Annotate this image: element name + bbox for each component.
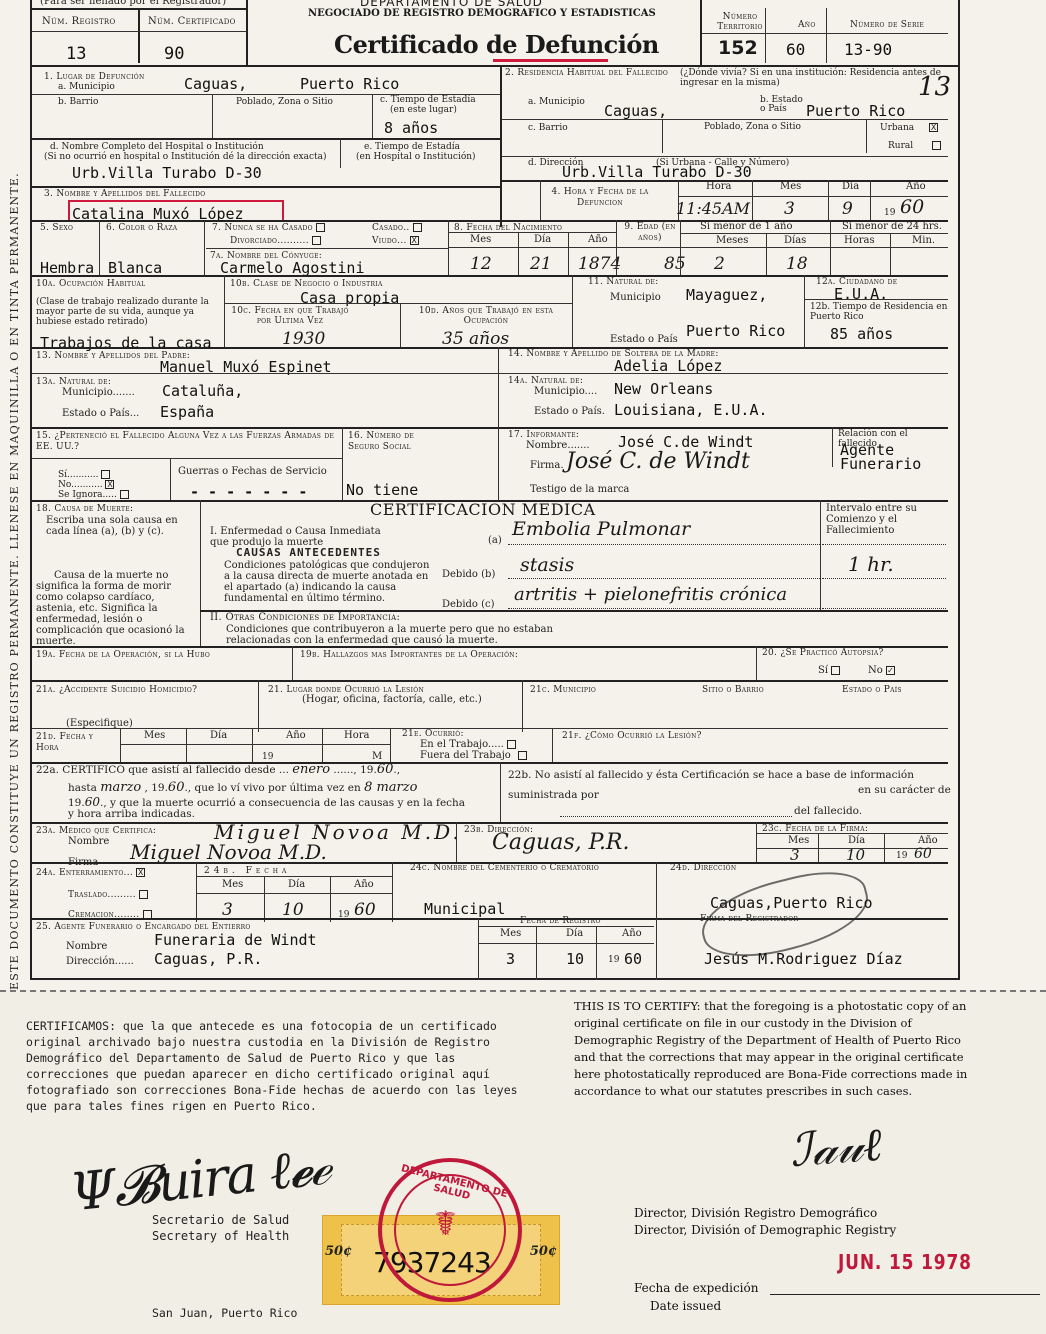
spanish-certification-text: CERTIFICAMOS: que la que antecede es una… xyxy=(26,1018,522,1114)
s24-traslado-row: Traslado......... xyxy=(68,890,148,900)
s22a-line1: 22a. CERTIFICO que asistí al fallecido d… xyxy=(36,765,400,775)
s23-firma-signature: Miguel Novoa M.D. xyxy=(130,840,327,864)
s18-label: 18. Causa de Muerte: xyxy=(36,504,133,514)
s25-direccion-value: Caguas, P.R. xyxy=(154,950,262,968)
s22a-label: 22a. CERTIFICO que asistí al fallecido d… xyxy=(36,764,276,776)
s7-nunca-checkbox[interactable] xyxy=(316,223,325,232)
s25-registro-label: Fecha de Registro xyxy=(520,916,601,926)
s4-hora-label: Hora xyxy=(706,182,731,192)
s24b-dia-label: Día xyxy=(288,880,305,890)
s12-residencia-label: 12b. Tiempo de Residencia en Puerto Rico xyxy=(810,302,948,322)
s19a-label: 19a. Fecha de la Operación, si la Hubo xyxy=(36,650,210,660)
s17-firma-label: Firma. xyxy=(530,461,564,471)
s6-label: 6. Color o Raza xyxy=(106,223,177,233)
s20-si-checkbox[interactable] xyxy=(831,666,840,675)
s20-si-row: Sí xyxy=(818,666,840,676)
s15-label: 15. ¿Perteneció el Fallecido Alguna Vez … xyxy=(36,431,336,453)
s15-no-checkbox[interactable]: X xyxy=(105,480,114,489)
s18-antecedentes-title: CAUSAS ANTECEDENTES xyxy=(236,548,381,558)
s15-ignora-checkbox[interactable] xyxy=(120,490,129,499)
registrar-note: (Para ser llenado por el Registrador) xyxy=(40,0,226,7)
s24b-mes-value: 3 xyxy=(222,900,233,920)
s8-dia-value: 21 xyxy=(530,254,552,274)
s1-estadia-sub: (en Hospital o Institución) xyxy=(356,152,476,162)
s21e-fuera-checkbox[interactable] xyxy=(518,751,527,760)
s2-label: 2. Residencia Habitual del Fallecido xyxy=(505,68,668,78)
director-title-es: Director, División Registro Demográfico xyxy=(634,1205,877,1222)
s4-ano-prefix: 19 xyxy=(884,208,895,218)
s4-dia-value: 9 xyxy=(842,199,853,219)
s15-ignora-row: Se Ignora..... xyxy=(58,490,129,500)
s4-label: 4. Hora y Fecha de la Defuncion xyxy=(550,187,650,209)
medical-certification-title: CERTIFICACION MEDICA xyxy=(370,500,596,519)
s1-hospital-label: d. Nombre Completo del Hospital o Instit… xyxy=(50,142,264,152)
s23-nombre-label: Nombre xyxy=(68,837,109,847)
s22a-hasta-ano: 60 xyxy=(168,780,185,795)
secretary-title-es: Secretario de Salud xyxy=(152,1212,289,1228)
s25-mes-label: Mes xyxy=(500,929,521,939)
s7-viudo-checkbox[interactable]: X xyxy=(410,236,419,245)
s22a-hasta-label: hasta xyxy=(68,782,97,794)
s1-poblado-label: Poblado, Zona o Sitio xyxy=(236,97,333,107)
s17-label: 17. Informante: xyxy=(508,430,579,440)
s17-relacion-value: Agente Funerario xyxy=(840,443,950,471)
s2-barrio-label: c. Barrio xyxy=(528,123,568,133)
numero-territorio-value: 152 xyxy=(718,37,758,59)
s21d-ano-label: Año xyxy=(286,731,306,741)
num-certificado-label: Núm. Certificado xyxy=(148,17,236,27)
s18-other-text: Condiciones que contribuyeron a la muert… xyxy=(226,624,566,646)
s23c-ano-value: 60 xyxy=(914,846,932,862)
s18-note: Causa de la muerte no significa la forma… xyxy=(36,570,196,647)
caduceus-icon: ☤ xyxy=(434,1204,457,1244)
s24b-label: 24b. Fecha xyxy=(204,866,290,876)
s22a-hasta: marzo xyxy=(100,780,141,795)
s4-mes-label: Mes xyxy=(780,182,801,192)
ano-value: 60 xyxy=(786,40,805,59)
s21e-fuera-row: Fuera del Trabajo xyxy=(420,751,527,761)
s25-registrador-value: Jesús M.Rodriguez Díaz xyxy=(704,950,903,968)
s14-municipio-label: Municipio.... xyxy=(534,387,597,397)
s25-ano-prefix: 19 xyxy=(608,955,619,965)
s10-anos-value: 35 años xyxy=(442,329,509,349)
s24b-dia-value: 10 xyxy=(282,900,304,920)
s1-tiempo-label: c. Tiempo de Estadía xyxy=(380,95,476,105)
stamp-value-right: 50¢ xyxy=(530,1244,557,1259)
s25-ano-value: 60 xyxy=(624,950,642,968)
s21e-label: 21e. Ocurrió: xyxy=(402,729,464,739)
s21-lugar-sub: (Hogar, oficina, factoría, calle, etc.) xyxy=(302,695,482,705)
s22b-text3: del fallecido. xyxy=(794,806,862,816)
s10-anos-label: 10d. Años que Trabajó en esta Ocupación xyxy=(406,306,566,326)
s7-nunca-text: 7. Nunca se ha Casado xyxy=(212,223,313,233)
s16-value: No tiene xyxy=(346,481,418,499)
s23b-value: Caguas, P.R. xyxy=(492,830,630,855)
s25-direccion-label: Dirección...... xyxy=(66,957,134,967)
s2-estado-label: b. Estado o País xyxy=(760,96,810,114)
s2-rural-text: Rural xyxy=(888,141,913,151)
s2-margin-note: 13 xyxy=(918,72,951,102)
s8-dia-label: Día xyxy=(534,235,551,245)
num-registro-label: Núm. Registro xyxy=(42,17,116,27)
ano-label: Año xyxy=(798,20,816,30)
s16-label: 16. Número de Seguro Social xyxy=(348,431,448,453)
s22a-line2: hasta marzo , 19.60., que lo ví vivo por… xyxy=(68,783,417,793)
s24b-mes-label: Mes xyxy=(222,880,243,890)
secretary-title-en: Secretary of Health xyxy=(152,1228,289,1244)
s18-immediate-label: I. Enfermedad o Causa Inmediata que prod… xyxy=(210,526,390,548)
stamp-value-left: 50¢ xyxy=(325,1244,352,1259)
s22a-desde: enero xyxy=(292,762,330,777)
s2-municipio-value: Caguas, xyxy=(604,102,667,120)
num-registro-value: 13 xyxy=(66,44,86,64)
s10-ocupacion-sub: (Clase de trabajo realizado durante la m… xyxy=(36,297,222,327)
s7-divorciado-label: Divorciado.......... xyxy=(230,236,321,246)
s21d-label: 21d. Fecha y Hora xyxy=(36,732,96,754)
s9-dias-label: Días xyxy=(784,236,806,246)
s2-poblado-label: Poblado, Zona o Sitio xyxy=(704,122,801,132)
s20-label: 20. ¿Se Practicó Autopsia? xyxy=(762,648,884,658)
s22a-ultima-label: que lo ví vivo por última vez en xyxy=(195,782,361,794)
s7-viudo-text: Viudo... xyxy=(372,236,407,246)
s23c-mes-label: Mes xyxy=(788,836,809,846)
s5-label: 5. Sexo xyxy=(40,223,73,233)
location-text: San Juan, Puerto Rico xyxy=(152,1305,297,1321)
s22a-ultima-ano: 60 xyxy=(85,795,100,809)
s22a-line3: 19.60., y que la muerte ocurrió a consec… xyxy=(68,797,468,820)
s21d-ano-prefix: 19 xyxy=(262,752,273,762)
s2-urbana-text: Urbana xyxy=(880,123,914,133)
fecha-expedicion-label: Fecha de expedición xyxy=(634,1280,758,1297)
s21e-fuera-text: Fuera del Trabajo xyxy=(420,750,511,761)
issue-date-stamp: JUN. 15 1978 xyxy=(838,1250,972,1274)
s1-pais-value: Puerto Rico xyxy=(300,75,399,93)
side-instruction-text: ESTE DOCUMENTO CONSTITUYE UN REGISTRO PE… xyxy=(8,30,21,990)
s24c-label: 24c. Nombre del Cementerio o Crematorio xyxy=(410,863,599,873)
s15-guerras-label: Guerras o Fechas de Servicio xyxy=(178,467,327,477)
s20-no-checkbox[interactable]: ✓ xyxy=(886,666,895,675)
director-signature: ℐ𝒶𝓊ℓ xyxy=(788,1117,884,1179)
numero-serie-label: Número de Serie xyxy=(850,20,924,30)
s19b-label: 19b. Hallazgos mas Importantes de la Ope… xyxy=(300,650,518,660)
s21d-dia-label: Día xyxy=(210,731,227,741)
s14-natural-label: 14a. Natural de: xyxy=(508,376,583,386)
s21-estado-label: Estado o País xyxy=(842,685,902,695)
s9-horas-label: Horas xyxy=(844,236,875,246)
s9-min-label: Min. xyxy=(912,236,935,246)
s2-municipio-label: a. Municipio xyxy=(528,97,585,107)
s22a-final-text: y que la muerte ocurrió a consecuencia d… xyxy=(68,797,465,820)
s7-divorciado-text: Divorciado.......... xyxy=(230,236,309,246)
s2-direccion-value: Urb.Villa Turabo D-30 xyxy=(562,163,752,181)
s10-ocupacion-label: 10a. Ocupación Habitual xyxy=(36,279,145,289)
numero-territorio-label: Número Territorio xyxy=(710,12,770,32)
s21f-label: 21f. ¿Cómo Ocurrió la Lesión? xyxy=(562,731,702,741)
s1-hospital-value: Urb.Villa Turabo D-30 xyxy=(72,164,262,182)
s9-label: 9. Edad (en años) xyxy=(622,222,678,244)
s7-nunca-label: 7. Nunca se ha Casado xyxy=(212,223,325,233)
certificate-title: Certificado de Defunción xyxy=(334,30,659,59)
s25-nombre-label: Nombre xyxy=(66,942,107,952)
s18-cause-a-label: (a) xyxy=(488,536,502,546)
s4-ano-label: Año xyxy=(906,182,926,192)
s7-casado-label: Casado.. xyxy=(372,223,422,233)
s24d-label: 24d. Dirección xyxy=(670,863,736,873)
s15-si-checkbox[interactable] xyxy=(101,470,110,479)
s8-ano-value: 1874 xyxy=(578,254,621,274)
s21a-label: 21a. ¿Accidente Suicidio Homicidio? xyxy=(36,685,197,695)
s17-testigo-label: Testigo de la marca xyxy=(530,485,629,495)
s11-estado-value: Puerto Rico xyxy=(686,322,785,340)
s18-cause-b-value: stasis xyxy=(520,554,574,576)
s14-estado-value: Louisiana, E.U.A. xyxy=(614,401,768,419)
s21-sitio-label: Sitio o Barrio xyxy=(702,685,764,695)
num-certificado-value: 90 xyxy=(164,44,184,64)
s22b-text2: en su carácter de xyxy=(858,785,951,795)
s18-instructions: Escriba una sola causa en cada línea (a)… xyxy=(46,515,196,537)
s22a-desde-ano: 60 xyxy=(377,762,394,777)
s10-negocio-value: Casa propia xyxy=(300,289,399,307)
department-seal: DEPARTAMENTO DE SALUD ☤ xyxy=(378,1158,522,1302)
s4-dia-label: Día xyxy=(842,182,859,192)
s4-ano-value: 60 xyxy=(900,196,924,218)
s18-cause-b-label: Debido (b) xyxy=(442,570,495,580)
s15-guerras-value: - - - - - - - xyxy=(190,483,307,501)
s24b-ano-value: 60 xyxy=(354,900,376,920)
s23c-ano-label: Año xyxy=(918,836,938,846)
s24b-ano-label: Año xyxy=(354,880,374,890)
s2-rural-label: Rural xyxy=(888,141,941,151)
s8-mes-label: Mes xyxy=(470,235,491,245)
s24a-row: 24a. Enterramiento... X xyxy=(36,868,145,878)
s3-label: 3. Nombre y Apellidos del Fallecido xyxy=(44,189,205,199)
s21e-trabajo-row: En el Trabajo..... xyxy=(420,740,516,750)
s18-interval-label: Intervalo entre su Comienzo y el Falleci… xyxy=(826,503,950,536)
s14-estado-label: Estado o País. xyxy=(534,407,605,417)
s1-label: 1. Lugar de Defunción xyxy=(44,72,145,82)
s9-edad-value: 85 xyxy=(664,254,686,274)
s25-dia-value: 10 xyxy=(566,950,584,968)
s21e-trabajo-text: En el Trabajo..... xyxy=(420,739,504,750)
s13-municipio-label: Municipio....... xyxy=(62,388,135,398)
s9-meses-label: Meses xyxy=(716,236,748,246)
s24a-label: 24a. Enterramiento... xyxy=(36,868,133,878)
s25-dia-label: Día xyxy=(566,929,583,939)
s23a-label: 23a. Médico que Certifica: xyxy=(36,826,156,836)
s1-tiempo-value: 8 años xyxy=(384,119,438,137)
s7-divorciado-checkbox[interactable] xyxy=(312,236,321,245)
s18-antecedentes-text: Condiciones patológicas que condujeron a… xyxy=(224,560,434,604)
s11-municipio-label: Municipio xyxy=(610,293,661,303)
s10-fecha-value: 1930 xyxy=(282,329,325,349)
s21e-trabajo-checkbox[interactable] xyxy=(507,740,516,749)
s25-ano-label: Año xyxy=(622,929,642,939)
s24-traslado-checkbox[interactable] xyxy=(139,890,148,899)
numero-serie-value: 13-90 xyxy=(844,40,892,59)
s23c-ano-prefix: 19 xyxy=(896,851,907,861)
s18-interval-value: 1 hr. xyxy=(848,552,894,576)
s22a-ultima: 8 marzo xyxy=(364,780,417,795)
s8-mes-value: 12 xyxy=(470,254,492,274)
s8-ano-label: Año xyxy=(588,235,608,245)
s10-negocio-label: 10b. Clase de Negocio o Industria xyxy=(230,279,383,289)
s21d-hora-suffix: M xyxy=(372,752,382,762)
s13-estado-label: Estado o País... xyxy=(62,409,139,419)
s1-tiempo-sub: (en este lugar) xyxy=(390,105,457,115)
s7-casado-text: Casado.. xyxy=(372,223,410,233)
s17-firma-signature: José C. de Windt xyxy=(566,449,750,474)
s18-other-label: II. Otras Condiciones de Importancia: xyxy=(210,613,400,623)
s9-menor24-label: Si menor de 24 hrs. xyxy=(842,222,942,232)
s15-no-text: No........... xyxy=(58,480,103,490)
s21c-label: 21c. Municipio xyxy=(530,685,596,695)
s24c-value: Municipal xyxy=(424,900,505,918)
s2-urbana-label: Urbana X xyxy=(880,123,938,133)
s12-residencia-value: 85 años xyxy=(830,325,893,343)
s15-no-row: No........... X xyxy=(58,480,114,490)
s9-dias-value: 18 xyxy=(786,254,808,274)
s2-label-sub: (¿Dónde vivía? Si en una institución: Re… xyxy=(680,68,950,88)
s1-estadia-label: e. Tiempo de Estadía xyxy=(364,142,460,152)
s20-si-text: Sí xyxy=(818,665,828,676)
s24-traslado-label: Traslado......... xyxy=(68,890,136,900)
s1-municipio-label: a. Municipio xyxy=(58,82,115,92)
date-issued-label: Date issued xyxy=(650,1298,721,1315)
s2-urbana-checkbox[interactable]: X xyxy=(929,123,938,132)
s25-nombre-value: Funeraria de Windt xyxy=(154,931,317,949)
s7-casado-checkbox[interactable] xyxy=(413,223,422,232)
s21d-mes-label: Mes xyxy=(144,731,165,741)
s10-fecha-label: 10c. Fecha en que Trabajó por Ultima Vez xyxy=(230,306,350,326)
s9-meses-value: 2 xyxy=(714,254,725,274)
english-certification-text: THIS IS TO CERTIFY: that the foregoing i… xyxy=(574,998,976,1100)
s11-municipio-value: Mayaguez, xyxy=(686,286,767,304)
s20-no-row: No ✓ xyxy=(868,666,895,676)
s13-municipio-value: Cataluña, xyxy=(162,382,243,400)
s24a-enterramiento-checkbox[interactable]: X xyxy=(136,868,145,877)
s1-hospital-sub: (Si no ocurrió en hospital o Institución… xyxy=(44,152,334,162)
s4-hora-value: 11:45AM xyxy=(676,199,750,218)
s15-si-text: Sí........... xyxy=(58,470,99,480)
s2-estado-value: Puerto Rico xyxy=(806,102,905,120)
s23c-dia-label: Día xyxy=(848,836,865,846)
title-red-underline xyxy=(493,59,608,62)
bureau-name: NEGOCIADO DE REGISTRO DEMOGRAFICO Y ESTA… xyxy=(308,8,656,19)
s13-estado-value: España xyxy=(160,403,214,421)
s18-cause-c-label: Debido (c) xyxy=(442,600,495,610)
s1-municipio-value: Caguas, xyxy=(184,75,247,93)
director-title-en: Director, División of Demographic Regist… xyxy=(634,1222,896,1239)
s18-cause-a-value: Embolia Pulmonar xyxy=(512,518,690,540)
s21d-hora-label: Hora xyxy=(344,731,369,741)
s2-rural-checkbox[interactable] xyxy=(932,141,941,150)
s12-ciudadano-value: E.U.A. xyxy=(834,285,888,303)
s4-mes-value: 3 xyxy=(784,199,795,219)
s11-estado-label: Estado o País xyxy=(610,335,678,345)
s7-viudo-label: Viudo... X xyxy=(372,236,419,246)
s25-mes-value: 3 xyxy=(506,950,515,968)
s1-barrio-label: b. Barrio xyxy=(58,97,98,107)
s10-ocupacion-value: Trabajos de la casa xyxy=(40,334,212,352)
s9-menor1-label: Si menor de 1 año xyxy=(700,222,793,232)
s11-label: 11. Natural de: xyxy=(588,277,659,287)
s15-si-row: Sí........... xyxy=(58,470,110,480)
s18-cause-c-value: artritis + pielonefritis crónica xyxy=(514,584,787,605)
s15-ignora-text: Se Ignora..... xyxy=(58,490,117,500)
certificate-title-text: Certificado de Defunción xyxy=(334,30,659,59)
s20-no-text: No xyxy=(868,665,883,676)
s14-municipio-value: New Orleans xyxy=(614,380,713,398)
s13-natural-label: 13a. Natural de: xyxy=(36,377,111,387)
